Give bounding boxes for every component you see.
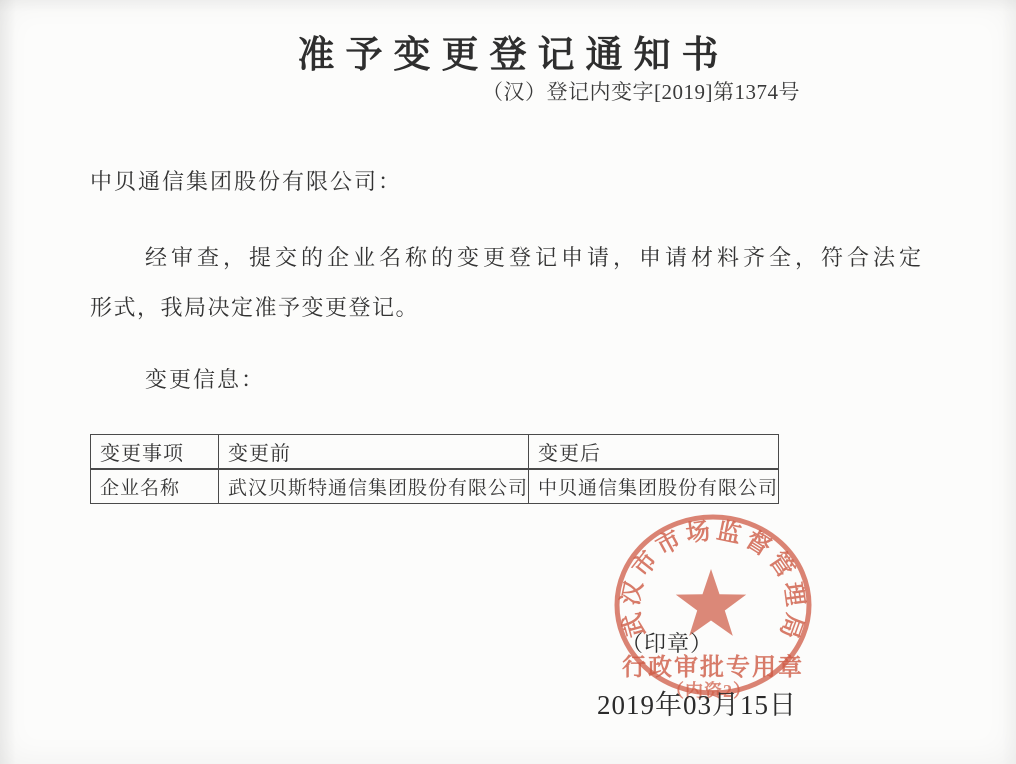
issue-date: 2019年03月15日 [597, 683, 797, 722]
addressee-line: 中贝通信集团股份有限公司： [90, 165, 402, 196]
col-header-after-change: 变更后 [529, 435, 779, 470]
document-number: （汉）登记内变字[2019]第1374号 [482, 76, 800, 106]
body-paragraph-line-2: 形式，我局决定准予变更登记。 [90, 291, 419, 322]
body-paragraph-line-1: 经审查，提交的企业名称的变更登记申请，申请材料齐全，符合法定 [145, 241, 925, 272]
change-info-table: 变更事项 变更前 变更后 企业名称 武汉贝斯特通信集团股份有限公司 中贝通信集团… [90, 434, 779, 504]
cell-change-item: 企业名称 [91, 469, 219, 503]
table-row: 企业名称 武汉贝斯特通信集团股份有限公司 中贝通信集团股份有限公司 [91, 469, 779, 503]
cell-before-value: 武汉贝斯特通信集团股份有限公司 [219, 469, 529, 503]
col-header-before-change: 变更前 [219, 435, 529, 470]
section-label-change-info: 变更信息： [145, 363, 265, 394]
seal-placeholder-text: （印章） [621, 627, 713, 658]
cell-after-value: 中贝通信集团股份有限公司 [529, 469, 779, 503]
table-header-row: 变更事项 变更前 变更后 [91, 435, 779, 470]
notice-document-page: 准予变更登记通知书 （汉）登记内变字[2019]第1374号 中贝通信集团股份有… [0, 0, 1016, 764]
document-title: 准予变更登记通知书 [0, 24, 1016, 78]
star-icon [676, 569, 746, 636]
col-header-change-item: 变更事项 [91, 435, 219, 470]
